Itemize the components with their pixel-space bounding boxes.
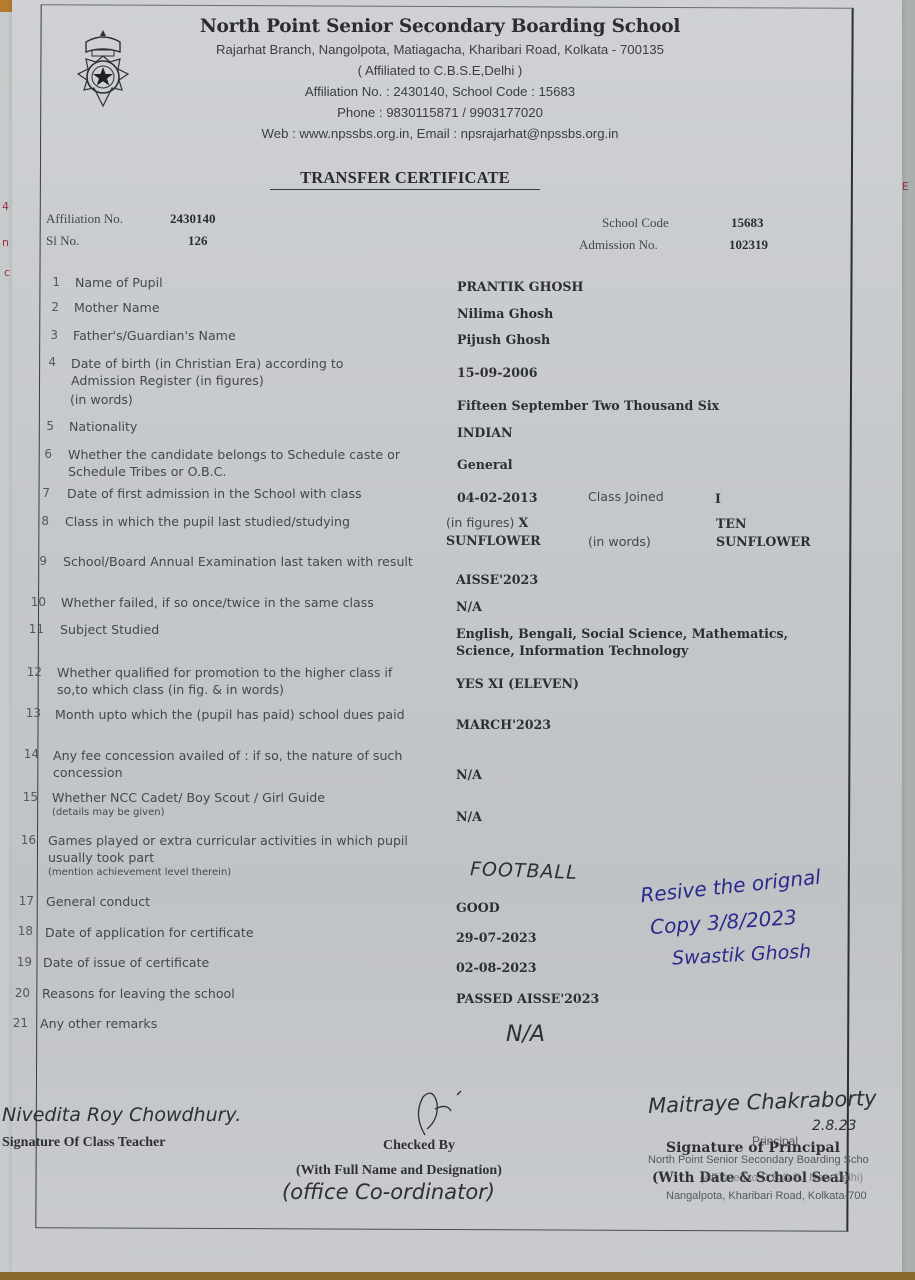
- affiliation-no-value: 2430140: [170, 211, 216, 227]
- checked-by-sublabel: (With Full Name and Designation): [296, 1163, 502, 1179]
- row-label-text: Games played or extra curricular activit…: [48, 833, 408, 865]
- class-figures-value: X: [518, 515, 528, 530]
- application-date: 29-07-2023: [456, 929, 537, 946]
- school-crest-star-icon: [70, 28, 136, 108]
- general-conduct: GOOD: [456, 899, 500, 916]
- admission-no-label: Admission No.: [579, 237, 658, 253]
- row-label-note: (mention achievement level therein): [48, 866, 418, 879]
- seal-line-address: Nangalpota, Kharibari Road, Kolkata-700: [666, 1190, 867, 1202]
- row-number: 1: [38, 275, 60, 289]
- row-label-note: (details may be given): [52, 806, 412, 819]
- issue-date: 02-08-2023: [456, 959, 537, 976]
- background-mark: 4: [2, 200, 9, 213]
- row-label: Whether failed, if so once/twice in the …: [61, 594, 431, 611]
- row-number: 3: [36, 328, 58, 342]
- handwritten-remarks: N/A: [506, 1022, 545, 1047]
- row-number: 4: [34, 355, 56, 369]
- leaving-reason: PASSED AISSE'2023: [456, 990, 599, 1007]
- row-number: 14: [17, 747, 39, 761]
- row-label: Date of application for certificate: [45, 924, 415, 941]
- affiliation-line: Affiliation No. : 2430140, School Code :…: [160, 81, 720, 102]
- row-label: Subject Studied: [60, 621, 430, 638]
- row-label: Any other remarks: [40, 1015, 410, 1032]
- class-section-figures: SUNFLOWER: [446, 532, 541, 549]
- failed-status: N/A: [456, 598, 482, 615]
- affiliation-no-number: 2430140: [170, 211, 216, 226]
- class-words-label: (in words): [588, 534, 651, 549]
- row-label: Whether the candidate belongs to Schedul…: [68, 446, 428, 480]
- row-number: 17: [12, 894, 34, 908]
- school-code-label: School Code: [602, 215, 669, 231]
- class-joined-value: I: [715, 490, 721, 507]
- phone-line: Phone : 9830115871 / 9903177020: [160, 102, 720, 123]
- sl-no-value: 126: [188, 233, 208, 249]
- father-name: Pijush Ghosh: [457, 331, 550, 348]
- school-code-number: 15683: [731, 215, 764, 230]
- row-label: Date of birth (in Christian Era) accordi…: [71, 355, 381, 389]
- mother-name: Nilima Ghosh: [457, 305, 553, 322]
- row-label: Any fee concession availed of : if so, t…: [53, 747, 413, 781]
- row-number: 20: [8, 986, 30, 1000]
- class-teacher-signature: Nivedita Roy Chowdhury.: [2, 1104, 241, 1126]
- checker-designation-handwritten: (office Co-ordinator): [282, 1180, 495, 1204]
- nationality: INDIAN: [457, 424, 513, 441]
- row-number: 12: [20, 665, 42, 679]
- background-mark: n: [2, 236, 9, 249]
- row-label: Whether qualified for promotion to the h…: [57, 664, 417, 698]
- row-number: 19: [10, 955, 32, 969]
- admission-no-value: 102319: [729, 237, 768, 253]
- school-header: North Point Senior Secondary Boarding Sc…: [160, 16, 720, 144]
- ncc-scout-guide: N/A: [456, 808, 482, 825]
- row-number: 9: [25, 554, 47, 568]
- row-label-text: Whether NCC Cadet/ Boy Scout / Girl Guid…: [52, 790, 325, 805]
- row-label: Date of issue of certificate: [43, 954, 413, 971]
- dues-paid-month: MARCH'2023: [456, 716, 551, 733]
- handwritten-activity: FOOTBALL: [470, 858, 578, 884]
- background-mark: E: [902, 180, 909, 193]
- checker-signature-scribble: [395, 1085, 475, 1145]
- affiliation-board: ( Affiliated to C.B.S.E,Delhi ): [160, 60, 720, 81]
- sl-no-label: Sl No.: [46, 233, 79, 249]
- class-joined-label: Class Joined: [588, 489, 664, 504]
- row-label: Class in which the pupil last studied/st…: [65, 513, 435, 530]
- row-number: 2: [37, 300, 59, 314]
- document-title: TRANSFER CERTIFICATE: [270, 168, 540, 190]
- row-number: 15: [16, 790, 38, 804]
- class-words-value: TEN: [716, 515, 746, 532]
- row-label: Mother Name: [74, 299, 444, 316]
- class-figures-label: (in figures) X: [446, 515, 528, 530]
- row-number: 21: [6, 1016, 28, 1030]
- row-sublabel: (in words): [70, 392, 133, 407]
- seal-line-school: North Point Senior Secondary Boarding Sc…: [648, 1154, 869, 1166]
- school-address: Rajarhat Branch, Nangolpota, Matiagacha,…: [160, 39, 720, 60]
- date-of-birth-words: Fifteen September Two Thousand Six: [457, 397, 719, 414]
- row-label: General conduct: [46, 893, 416, 910]
- row-number: 8: [27, 514, 49, 528]
- row-label: School/Board Annual Examination last tak…: [63, 553, 413, 570]
- figures-label-text: (in figures): [446, 515, 514, 530]
- checked-by-label: Checked By: [383, 1138, 455, 1154]
- row-label: Reasons for leaving the school: [42, 985, 412, 1002]
- row-label: Date of first admission in the School wi…: [67, 485, 437, 502]
- row-number: 6: [30, 447, 52, 461]
- subjects-studied: English, Bengali, Social Science, Mathem…: [456, 625, 816, 659]
- principal-signature-date: 2.8.23: [812, 1118, 857, 1134]
- category: General: [457, 456, 513, 473]
- row-label: Month upto which the (pupil has paid) sc…: [55, 706, 415, 723]
- background-desk-bottom: [0, 1272, 915, 1280]
- row-number: 16: [14, 833, 36, 847]
- last-exam: AISSE'2023: [456, 571, 538, 588]
- school-name: North Point Senior Secondary Boarding Sc…: [160, 16, 720, 37]
- date-of-birth: 15-09-2006: [457, 364, 538, 381]
- affiliation-no-label: Affiliation No.: [46, 211, 123, 227]
- row-label: Games played or extra curricular activit…: [48, 832, 418, 879]
- sl-no-number: 126: [188, 233, 208, 248]
- row-label: Name of Pupil: [75, 274, 445, 291]
- row-number: 11: [22, 622, 44, 636]
- web-email-line: Web : www.npssbs.org.in, Email : npsraja…: [160, 123, 720, 144]
- row-number: 5: [32, 419, 54, 433]
- row-number: 10: [24, 595, 46, 609]
- background-mark: c: [4, 266, 10, 279]
- school-code-value: 15683: [731, 215, 764, 231]
- row-label: Father's/Guardian's Name: [73, 327, 443, 344]
- row-number: 7: [28, 486, 50, 500]
- row-label: Nationality: [69, 418, 439, 435]
- admission-no-number: 102319: [729, 237, 768, 252]
- pupil-name: PRANTIK GHOSH: [457, 278, 583, 295]
- fee-concession: N/A: [456, 766, 482, 783]
- row-label: Whether NCC Cadet/ Boy Scout / Girl Guid…: [52, 789, 412, 819]
- class-section-words: SUNFLOWER: [716, 533, 811, 550]
- row-number: 13: [19, 706, 41, 720]
- seal-line-affiliation: (Affiliated to C.B.S.E., New Delhi): [700, 1172, 863, 1184]
- promotion-status: YES XI (ELEVEN): [456, 675, 579, 692]
- row-number: 18: [11, 924, 33, 938]
- class-teacher-signature-label: Signature Of Class Teacher: [2, 1135, 165, 1151]
- first-admission-date: 04-02-2013: [457, 489, 538, 506]
